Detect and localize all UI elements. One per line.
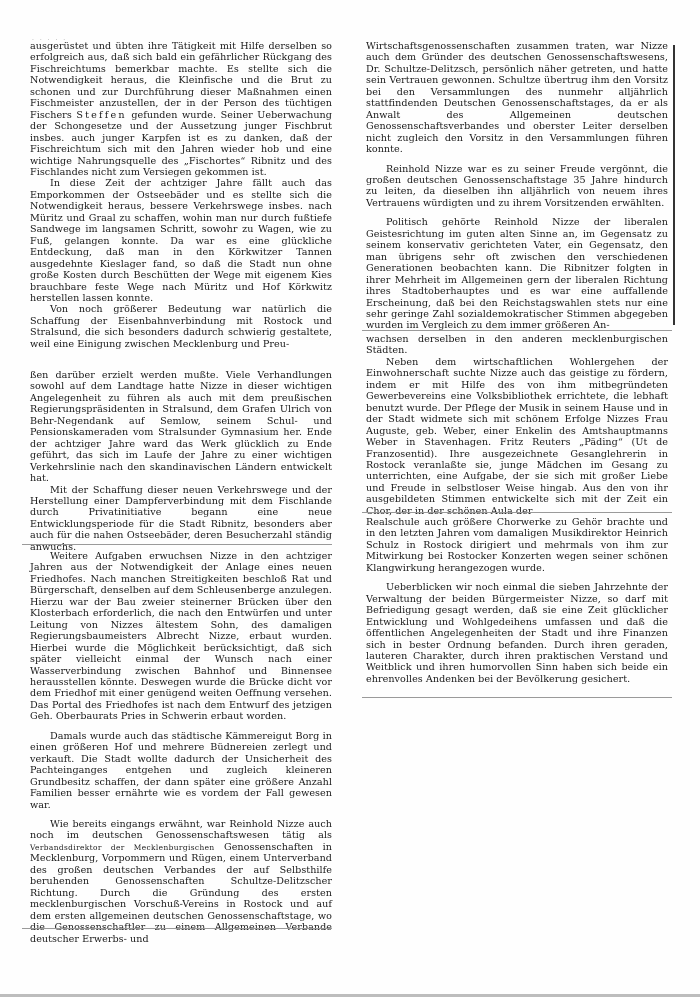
- paragraph: Mit der Schaffung dieser neuen Verkehrsw…: [30, 485, 332, 554]
- right-column-block-2: wachsen derselben in den anderen mecklen…: [366, 334, 668, 517]
- paragraph: In diese Zeit der achtziger Jahre fällt …: [30, 178, 332, 304]
- left-column: ausgerüstet und übten ihre Tätigkeit mit…: [30, 41, 332, 350]
- paragraph: ausgerüstet und übten ihre Tätigkeit mit…: [30, 41, 332, 178]
- paragraph-text: Wie bereits eingangs erwähnt, war Reinho…: [30, 819, 332, 841]
- clipping-separator: [22, 544, 332, 545]
- paragraph: Von noch größerer Bedeutung war natürlic…: [30, 304, 332, 350]
- column-border-line: [673, 45, 675, 325]
- left-column-block-3: Weitere Aufgaben erwuchsen Nizze in den …: [30, 551, 332, 945]
- paragraph: Ueberblicken wir noch einmal die sieben …: [366, 582, 668, 685]
- clipping-bottom-edge: [362, 697, 672, 698]
- right-column-block-3: Realschule auch größere Chorwerke zu Geh…: [366, 517, 668, 685]
- left-column-block-2: ßen darüber erzielt werden mußte. Viele …: [30, 370, 332, 553]
- scanned-page: · · · · · ausgerüstet und übten ihre Tät…: [0, 0, 700, 997]
- paragraph: Politisch gehörte Reinhold Nizze der lib…: [366, 217, 668, 332]
- paragraph: Wirtschaftsgenossenschaften zusammen tra…: [366, 41, 668, 156]
- paragraph: Reinhold Nizze war es zu seiner Freude v…: [366, 164, 668, 210]
- paragraph: Neben dem wirtschaftlichen Wohlergehen d…: [366, 357, 668, 517]
- clipping-separator: [362, 512, 672, 513]
- paragraph: Wie bereits eingangs erwähnt, war Reinho…: [30, 819, 332, 945]
- clipping-separator: [362, 330, 672, 331]
- name-emphasis-steffen: Steffen: [76, 110, 126, 121]
- paragraph-text: Genossenschaften in Mecklenburg, Vorpomm…: [30, 842, 332, 945]
- right-column: Wirtschaftsgenossenschaften zusammen tra…: [366, 41, 668, 332]
- overprinted-text: Verbandsdirektor der Mecklenburgischen: [30, 843, 215, 852]
- paragraph: Weitere Aufgaben erwuchsen Nizze in den …: [30, 551, 332, 723]
- paragraph: Realschule auch größere Chorwerke zu Geh…: [366, 517, 668, 574]
- paragraph: wachsen derselben in den anderen mecklen…: [366, 334, 668, 357]
- clipping-bottom-edge: [22, 928, 332, 929]
- paragraph: Damals wurde auch das städtische Kämmere…: [30, 731, 332, 811]
- paragraph: ßen darüber erzielt werden mußte. Viele …: [30, 370, 332, 485]
